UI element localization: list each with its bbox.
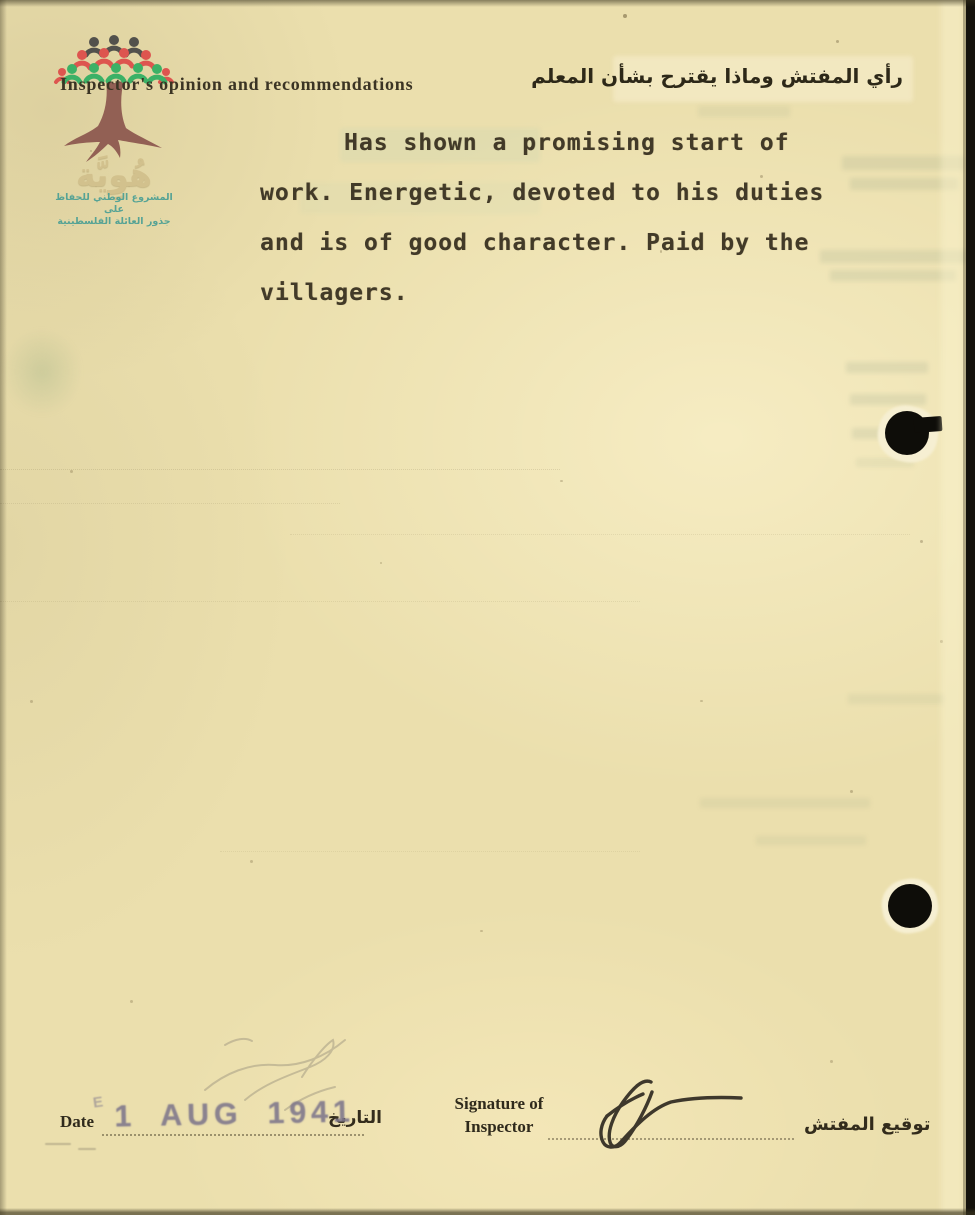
speckle — [850, 790, 853, 793]
speckle — [560, 480, 563, 482]
speckle — [250, 860, 253, 863]
speckle — [836, 40, 839, 43]
speckle — [480, 930, 483, 932]
bleed-through-smudge — [698, 106, 790, 117]
bleed-through-rule — [220, 850, 640, 852]
bleed-through-smudge — [756, 836, 866, 845]
remarks-line: Has shown a promising start of — [260, 118, 860, 168]
speckle — [380, 562, 382, 564]
signature-label-line2: Inspector — [438, 1115, 560, 1138]
bleed-through-smudge — [700, 798, 870, 808]
archive-watermark: هُوِيَّة المشروع الوطني للحفاظ على جذور … — [44, 34, 184, 228]
speckle — [30, 700, 33, 703]
hole-punch-bottom — [888, 884, 932, 928]
scan-edge — [0, 0, 975, 7]
pencil-mark — [78, 1148, 96, 1150]
bleed-through-smudge — [848, 694, 944, 704]
signature-label: Signature of Inspector — [438, 1092, 560, 1138]
date-label: Date — [60, 1112, 94, 1132]
remarks-line: and is of good character. Paid by the — [260, 218, 860, 268]
bleed-through-rule — [290, 533, 910, 535]
remarks-line: work. Energetic, devoted to his duties — [260, 168, 860, 218]
bleed-through-rule — [0, 468, 560, 470]
bleed-through-rule — [0, 502, 340, 504]
pencil-mark — [45, 1143, 71, 1145]
speckle — [623, 14, 627, 18]
inspector-ink-signature — [545, 1056, 755, 1161]
watermark-tagline-1: المشروع الوطني للحفاظ على — [44, 192, 184, 216]
speckle — [130, 1000, 133, 1003]
scan-edge — [0, 0, 7, 1215]
watermark-calligraphy: هُوِيَّة — [44, 158, 184, 192]
scan-edge — [966, 0, 975, 1215]
date-stamp: 1 AUG 1941 — [114, 1093, 355, 1134]
date-stamp-fragment: E — [92, 1093, 104, 1111]
section-title-arabic: رأي المفتش وماذا يقترح بشأن المعلم — [531, 64, 903, 88]
people-tree-icon — [52, 34, 176, 164]
bleed-through-smudge — [846, 362, 928, 373]
section-title-english: Inspector's opinion and recommendations — [60, 74, 413, 95]
speckle — [830, 1060, 833, 1063]
bleed-through-rule — [0, 600, 640, 602]
signature-label-arabic: توقيع المفتش — [804, 1114, 930, 1135]
watermark-tagline-2: جذور العائلة الفلسطينية — [44, 216, 184, 228]
scan-edge — [0, 1208, 975, 1215]
bleed-through-smudge — [850, 394, 926, 405]
hole-punch-tab — [914, 416, 943, 433]
inspector-remarks: Has shown a promising start of work. Ene… — [260, 118, 860, 318]
speckle — [70, 470, 73, 473]
green-stain — [2, 328, 82, 416]
remarks-line: villagers. — [260, 268, 860, 318]
scan-edge — [941, 0, 963, 1215]
scanned-document-page: هُوِيَّة المشروع الوطني للحفاظ على جذور … — [0, 0, 975, 1215]
speckle — [700, 700, 703, 702]
speckle — [920, 540, 923, 543]
signature-label-line1: Signature of — [438, 1092, 560, 1115]
